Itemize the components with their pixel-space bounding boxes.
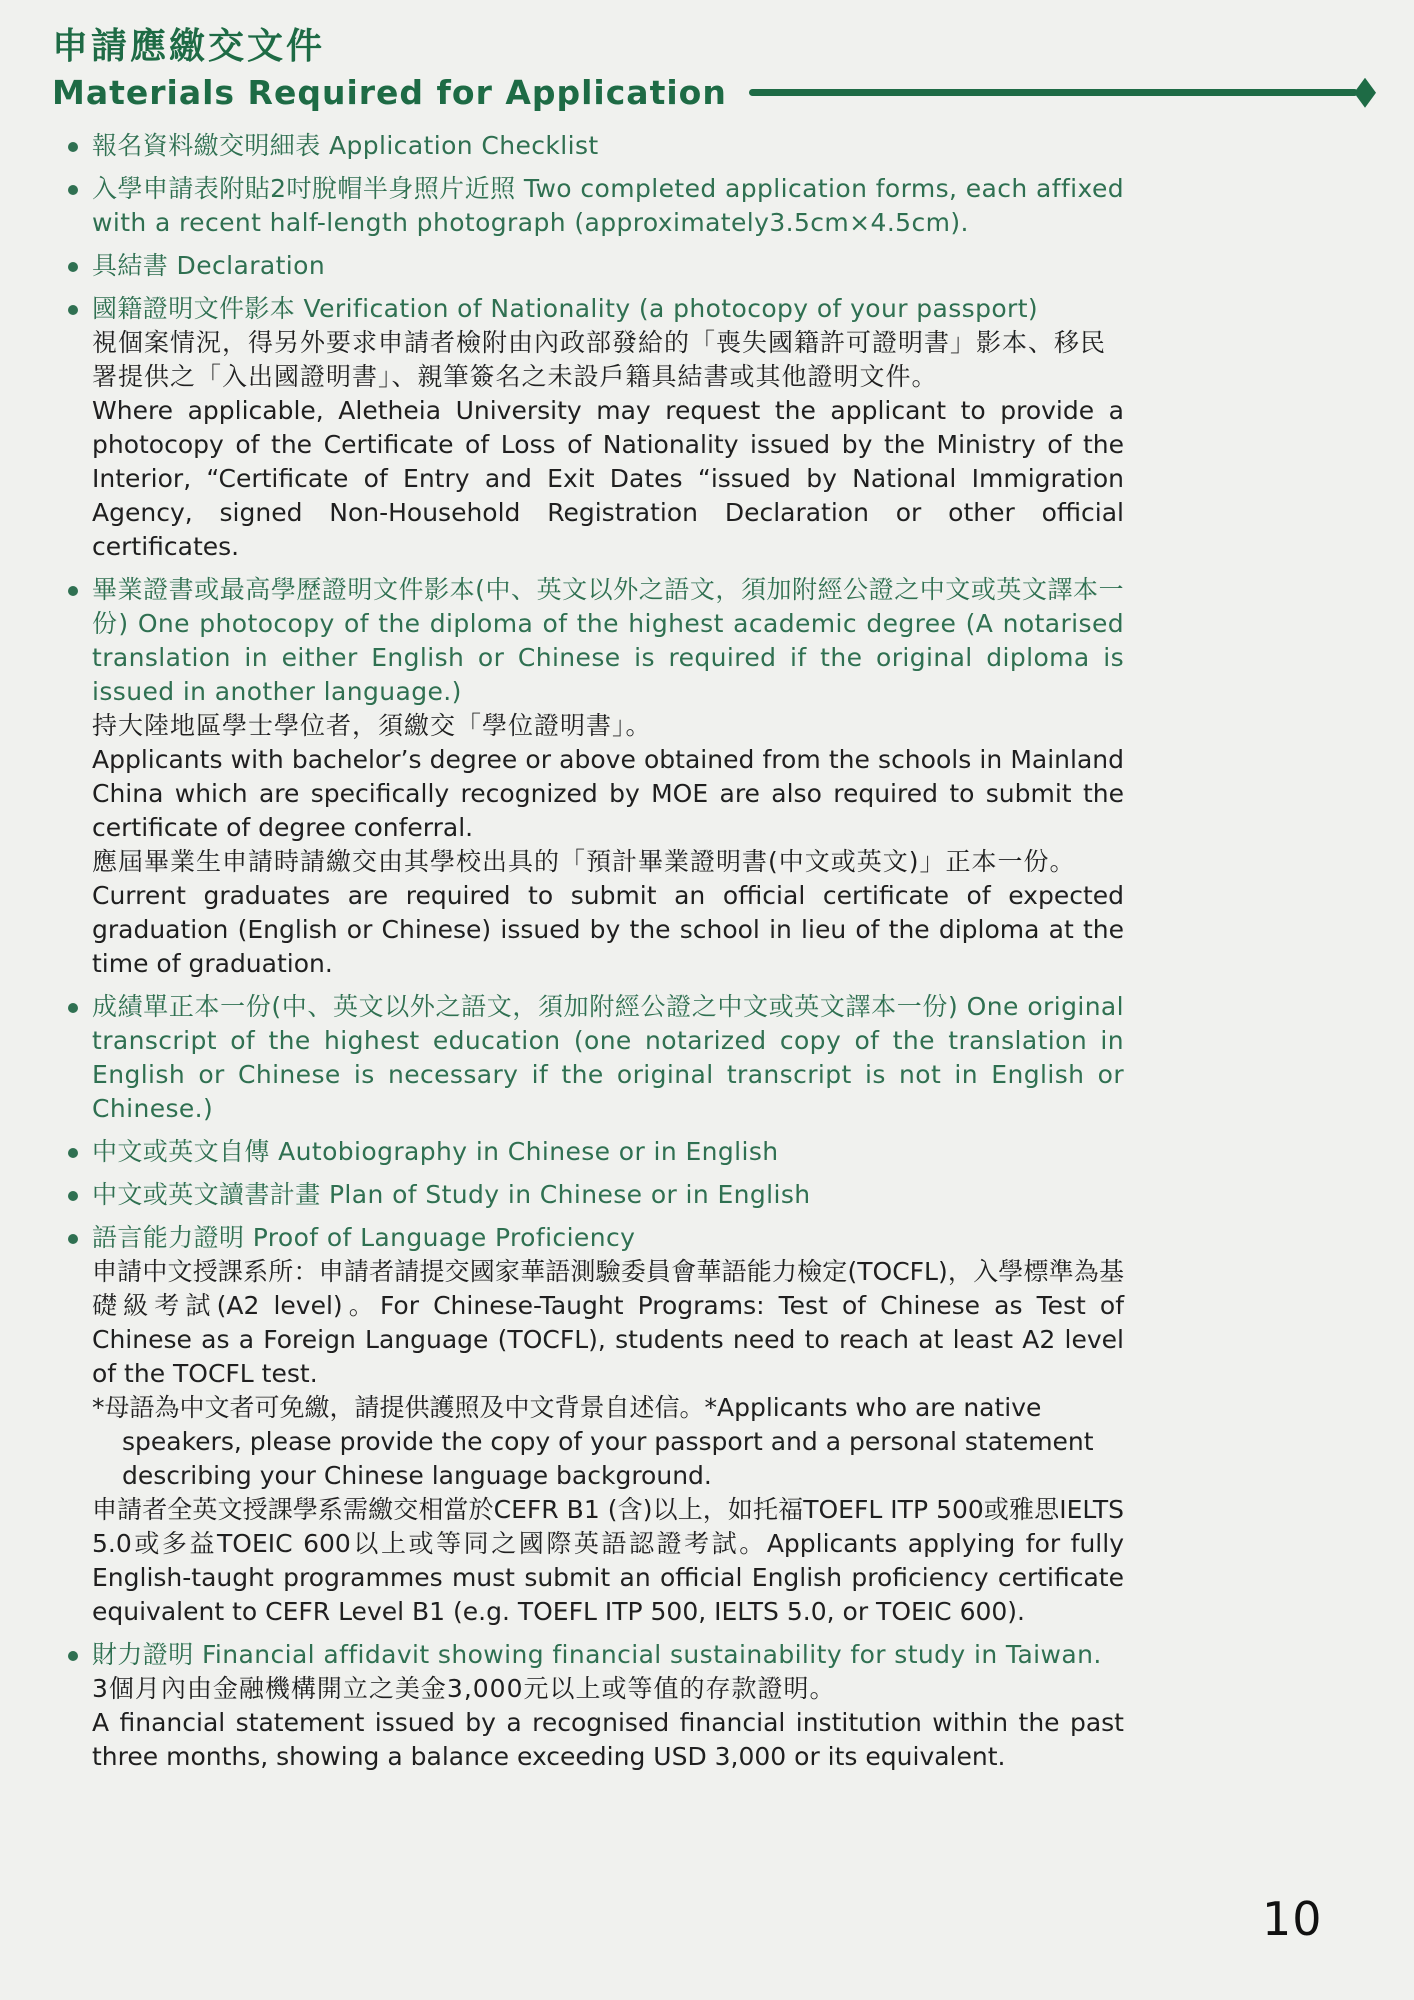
item-sub: Where applicable, Aletheia University ma…: [92, 394, 1124, 564]
item-lead: 中文或英文自傳 Autobiography in Chinese or in E…: [92, 1135, 1124, 1169]
item-lead: 國籍證明文件影本 Verification of Nationality (a …: [92, 292, 1124, 326]
bullet-icon: [68, 305, 78, 315]
bullet-icon: [68, 1234, 78, 1244]
bullet-icon: [68, 586, 78, 596]
bullet-icon: [68, 142, 78, 152]
bullet-icon: [68, 1191, 78, 1201]
list-item: 具結書 Declaration: [52, 249, 1124, 283]
item-sub: Applicants with bachelor’s degree or abo…: [92, 743, 1124, 845]
document-page: 申請應繳交文件 Materials Required for Applicati…: [0, 0, 1414, 2000]
page-header: 申請應繳交文件 Materials Required for Applicati…: [52, 24, 1414, 113]
header-divider-line: [749, 89, 1358, 96]
item-sub: A financial statement issued by a recogn…: [92, 1706, 1124, 1774]
item-lead: 報名資料繳交明細表 Application Checklist: [92, 129, 1124, 163]
bullet-icon: [68, 1651, 78, 1661]
list-item: 報名資料繳交明細表 Application Checklist: [52, 129, 1124, 163]
item-lead: 成績單正本一份(中、英文以外之語文，須加附經公證之中文或英文譯本一份) One …: [92, 990, 1124, 1126]
item-sub: 申請中文授課系所：申請者請提交國家華語測驗委員會華語能力檢定(TOCFL)，入學…: [92, 1255, 1124, 1391]
list-item: 中文或英文自傳 Autobiography in Chinese or in E…: [52, 1135, 1124, 1169]
item-lead: 具結書 Declaration: [92, 249, 1124, 283]
bullet-icon: [68, 1003, 78, 1013]
bullet-icon: [68, 185, 78, 195]
materials-list: 報名資料繳交明細表 Application Checklist 入學申請表附貼2…: [52, 129, 1124, 1774]
item-lead: 中文或英文讀書計畫 Plan of Study in Chinese or in…: [92, 1178, 1124, 1212]
item-sub: 申請者全英文授課學系需繳交相當於CEFR B1 (含)以上，如托福TOEFL I…: [92, 1493, 1124, 1629]
list-item: 國籍證明文件影本 Verification of Nationality (a …: [52, 292, 1124, 564]
item-lead: 財力證明 Financial affidavit showing financi…: [92, 1638, 1124, 1672]
item-sub: 持大陸地區學士學位者，須繳交「學位證明書」。: [92, 709, 1124, 743]
bullet-icon: [68, 1148, 78, 1158]
item-lead: 畢業證書或最高學歷證明文件影本(中、英文以外之語文，須加附經公證之中文或英文譯本…: [92, 573, 1124, 709]
page-title-chinese: 申請應繳交文件: [52, 24, 1414, 69]
item-sub: 3個月內由金融機構開立之美金3,000元以上或等值的存款證明。: [92, 1672, 1124, 1706]
diamond-icon: [1354, 78, 1376, 108]
item-lead: 入學申請表附貼2吋脫帽半身照片近照 Two completed applicat…: [92, 172, 1124, 240]
page-number: 10: [1262, 1892, 1323, 1946]
item-lead: 語言能力證明 Proof of Language Proficiency: [92, 1221, 1124, 1255]
item-sub: 應屆畢業生申請時請繳交由其學校出具的「預計畢業證明書(中文或英文)」正本一份。: [92, 845, 1124, 879]
page-title-english: Materials Required for Application: [52, 73, 727, 113]
list-item: 入學申請表附貼2吋脫帽半身照片近照 Two completed applicat…: [52, 172, 1124, 240]
list-item: 財力證明 Financial affidavit showing financi…: [52, 1638, 1124, 1774]
list-item: 畢業證書或最高學歷證明文件影本(中、英文以外之語文，須加附經公證之中文或英文譯本…: [52, 573, 1124, 981]
item-sub: 視個案情況，得另外要求申請者檢附由內政部發給的「喪失國籍許可證明書」影本、移民署…: [92, 326, 1124, 394]
bullet-icon: [68, 262, 78, 272]
item-sub: Current graduates are required to submit…: [92, 879, 1124, 981]
page-subtitle-row: Materials Required for Application: [52, 73, 1414, 113]
item-sub: *母語為中文者可免繳，請提供護照及中文背景自述信。*Applicants who…: [92, 1391, 1124, 1493]
list-item: 中文或英文讀書計畫 Plan of Study in Chinese or in…: [52, 1178, 1124, 1212]
list-item: 成績單正本一份(中、英文以外之語文，須加附經公證之中文或英文譯本一份) One …: [52, 990, 1124, 1126]
list-item: 語言能力證明 Proof of Language Proficiency 申請中…: [52, 1221, 1124, 1629]
